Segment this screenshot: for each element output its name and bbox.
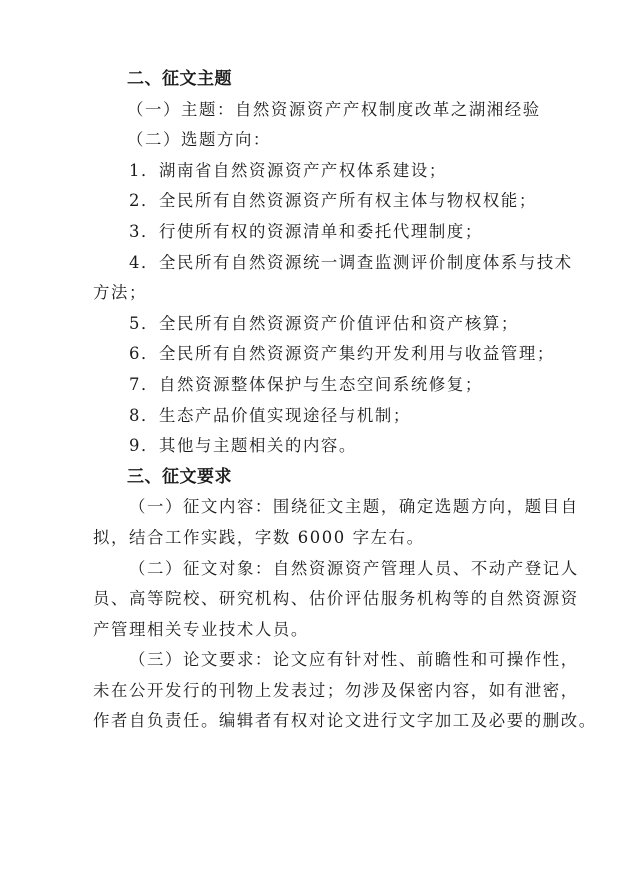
paragraph-line: （三）论文要求：论文应有针对性、前瞻性和可操作性，	[93, 645, 561, 676]
list-item: 6．全民所有自然资源资产集约开发利用与收益管理；	[93, 339, 561, 370]
section-heading-requirements: 三、征文要求	[93, 462, 561, 493]
list-item: 3．行使所有权的资源清单和委托代理制度；	[93, 217, 561, 248]
paragraph-line: 未在公开发行的刊物上发表过；勿涉及保密内容，如有泄密，	[93, 676, 561, 707]
list-item: 2．全民所有自然资源资产所有权主体与物权权能；	[93, 186, 561, 217]
paragraph-line: 员、高等院校、研究机构、估价评估服务机构等的自然资源资	[93, 584, 561, 615]
section-heading-theme: 二、征文主题	[93, 64, 561, 95]
paragraph-line: 产管理相关专业技术人员。	[93, 615, 561, 646]
directions-list: 1．湖南省自然资源资产产权体系建设； 2．全民所有自然资源资产所有权主体与物权权…	[93, 156, 561, 462]
list-item: 9．其他与主题相关的内容。	[93, 431, 561, 462]
list-item: 5．全民所有自然资源资产价值评估和资产核算；	[93, 309, 561, 340]
list-item: 7．自然资源整体保护与生态空间系统修复；	[93, 370, 561, 401]
theme-line: （一）主题：自然资源资产产权制度改革之湖湘经验	[93, 95, 561, 126]
document-page: 二、征文主题 （一）主题：自然资源资产产权制度改革之湖湘经验 （二）选题方向： …	[93, 64, 561, 737]
list-item: 8．生态产品价值实现途径与机制；	[93, 401, 561, 432]
paragraph-line: 作者自负责任。编辑者有权对论文进行文字加工及必要的删改。	[93, 706, 561, 737]
list-item: 4．全民所有自然资源统一调查监测评价制度体系与技术	[93, 248, 561, 279]
requirement-audience-paragraph: （二）征文对象：自然资源资产管理人员、不动产登记人 员、高等院校、研究机构、估价…	[93, 554, 561, 646]
list-item-continuation: 方法；	[93, 278, 561, 309]
paragraph-line: 拟，结合工作实践，字数 6000 字左右。	[93, 523, 561, 554]
list-item: 1．湖南省自然资源资产产权体系建设；	[93, 156, 561, 187]
requirement-paper-paragraph: （三）论文要求：论文应有针对性、前瞻性和可操作性， 未在公开发行的刊物上发表过；…	[93, 645, 561, 737]
paragraph-line: （一）征文内容：围绕征文主题，确定选题方向，题目自	[93, 492, 561, 523]
requirement-content-paragraph: （一）征文内容：围绕征文主题，确定选题方向，题目自 拟，结合工作实践，字数 60…	[93, 492, 561, 553]
paragraph-line: （二）征文对象：自然资源资产管理人员、不动产登记人	[93, 554, 561, 585]
directions-label: （二）选题方向：	[93, 125, 561, 156]
